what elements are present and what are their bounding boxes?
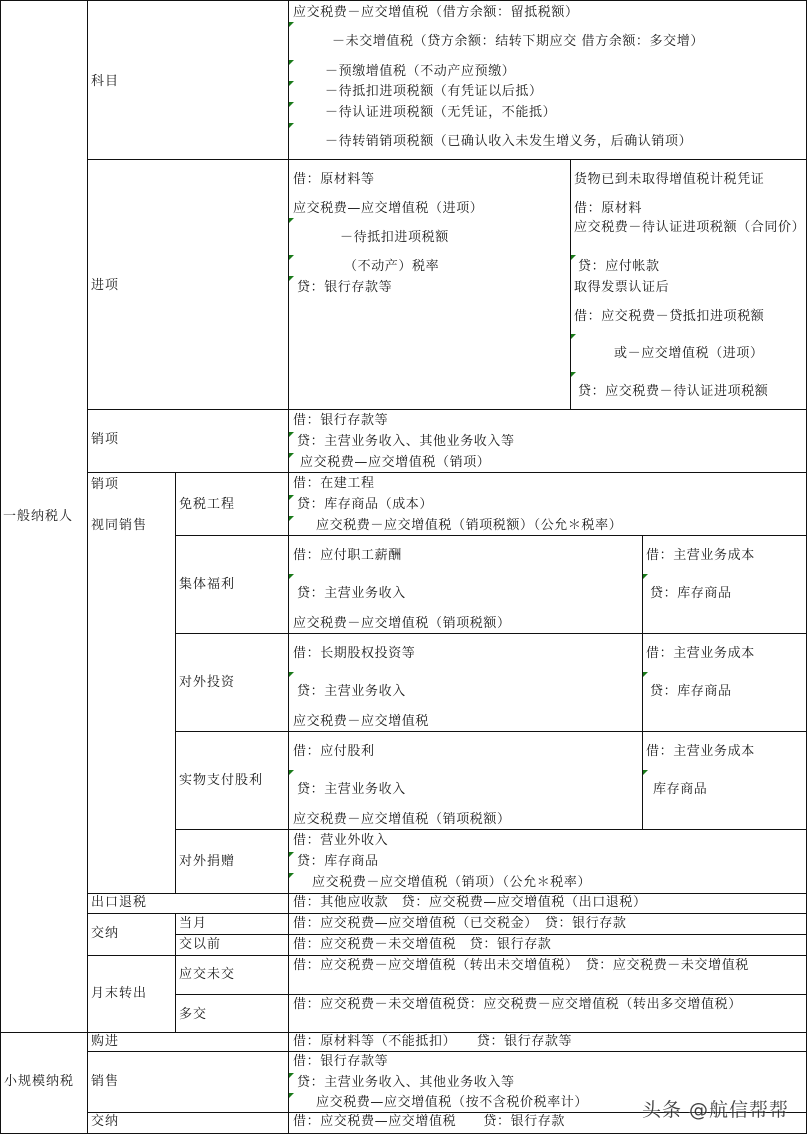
deemed-sales-item-left: 借：长期股权投资等 贷：主营业务收入 应交税费－应交增值税 xyxy=(288,633,643,732)
vat-accounting-table: 一般纳税人 科目 应交税费－应交增值税（借方余额：留抵税额） －未交增值税（贷方… xyxy=(0,0,807,1134)
comment-marker-icon xyxy=(289,255,294,260)
subject-line: －未交增值税（贷方余额：结转下期应交 借方余额：多交增） xyxy=(332,34,704,50)
entry-line: 贷：库存商品 xyxy=(297,854,379,870)
input-tax-line: （不动产）税率 xyxy=(344,259,439,275)
general-taxpayer-label: 一般纳税人 xyxy=(3,509,73,525)
entry-line: 贷：库存商品 xyxy=(650,586,732,602)
output-tax-line: 借：银行存款等 xyxy=(293,413,388,429)
comment-marker-icon xyxy=(289,672,294,677)
export-refund-header: 出口退税 xyxy=(87,893,289,914)
entry-line: 贷：主营业务收入 xyxy=(297,782,406,798)
entry-line: 借：应交税费—应交增值税（已交税金） 贷：银行存款 xyxy=(293,916,627,932)
deemed-sales-item-left: 借：应付股利 贷：主营业务收入 应交税费－应交增值税（销项税额） xyxy=(288,731,643,830)
purchase-content: 借：原材料等（不能抵扣） 贷：银行存款等 xyxy=(288,1032,807,1052)
output-tax-line: 贷：主营业务收入、其他业务收入等 xyxy=(297,434,515,450)
payment-header: 交纳 xyxy=(87,913,176,956)
comment-marker-icon xyxy=(289,1073,294,1078)
comment-marker-icon xyxy=(289,218,294,223)
entry-line: 借：其他应收款 贷：应交税费—应交增值税（出口退税） xyxy=(293,895,647,911)
input-tax-line: 货物已到未取得增值税计税凭证 xyxy=(574,172,764,188)
deemed-sales-item-label: 对外投资 xyxy=(175,633,289,732)
subject-line: －待抵扣进项税额（有凭证以后抵） xyxy=(325,84,543,100)
input-tax-line: 取得发票认证后 xyxy=(574,280,669,296)
month-end-sub-content: 借：应交税费－应交增值税（转出未交增值税） 贷：应交税费－未交增值税 xyxy=(288,955,807,995)
input-tax-line: 贷：银行存款等 xyxy=(297,280,392,296)
input-tax-line: 应交税费－待认证进项税额（合同价） xyxy=(574,220,804,236)
entry-line: 借：应交税费－未交增值税 贷：银行存款 xyxy=(293,937,551,953)
input-tax-line: 借：应交税费－贷抵扣进项税额 xyxy=(574,309,764,325)
deemed-sales-item-right: 借：主营业务成本 库存商品 xyxy=(642,731,807,830)
entry-line: 借：主营业务成本 xyxy=(646,646,755,662)
payment-sub-label: 交以前 xyxy=(175,934,289,956)
deemed-sales-item-label: 集体福利 xyxy=(175,535,289,634)
watermark: 头条 @航信帮帮 xyxy=(642,1095,789,1122)
sales-header: 销售 xyxy=(87,1051,289,1113)
export-refund-label: 出口退税 xyxy=(91,895,147,911)
deemed-sales-label-top: 销项 xyxy=(91,477,119,493)
entry-line: 贷：库存商品 xyxy=(650,684,732,700)
entry-line: 借：长期股权投资等 xyxy=(293,646,415,662)
entry-line: 应交税费—应交增值税（按不含税价税率计） xyxy=(316,1095,588,1111)
deemed-sales-item-label: 对外捐赠 xyxy=(175,829,289,894)
deemed-sales-item-label: 免税工程 xyxy=(175,472,289,536)
month-end-sub-label: 应交未交 xyxy=(175,955,289,995)
small-payment-header: 交纳 xyxy=(87,1112,289,1134)
entry-line: 借：主营业务成本 xyxy=(646,548,755,564)
payment-sub-label: 当月 xyxy=(175,913,289,935)
comment-marker-icon xyxy=(289,852,294,857)
entry-line: 贷：主营业务收入 xyxy=(297,684,406,700)
comment-marker-icon xyxy=(289,873,294,878)
comment-marker-icon xyxy=(289,453,294,458)
month-end-sub-label: 多交 xyxy=(175,994,289,1033)
entry-line: 借：银行存款等 xyxy=(293,1054,388,1070)
entry-line: 应交税费－应交增值税（销项税额） xyxy=(293,616,511,632)
entry-line: 应交税费－应交增值税（销项税额） xyxy=(293,812,511,828)
entry-line: 借：主营业务成本 xyxy=(646,744,755,760)
comment-marker-icon xyxy=(571,372,576,377)
small-payment-label: 交纳 xyxy=(91,1114,119,1130)
entry-line: 贷：库存商品（成本） xyxy=(297,497,433,513)
month-end-sub-content: 借：应交税费－未交增值税贷：应交税费－应交增值税（转出多交增值税） xyxy=(288,994,807,1033)
input-tax-line: 贷：应交税费－待认证进项税额 xyxy=(578,384,768,400)
comment-marker-icon xyxy=(289,432,294,437)
comment-marker-icon xyxy=(571,334,576,339)
entry-line: 借：在建工程 xyxy=(293,476,375,492)
entry-line: 借：营业外收入 xyxy=(293,833,388,849)
comment-marker-icon xyxy=(643,672,648,677)
entry-line: 贷：主营业务收入 xyxy=(297,586,406,602)
comment-marker-icon xyxy=(571,255,576,260)
month-end-transfer-header: 月末转出 xyxy=(87,955,176,1033)
subject-line: －待认证进项税额（无凭证，不能抵） xyxy=(325,105,556,121)
input-tax-left: 借：原材料等 应交税费—应交增值税（进项） －待抵扣进项税额 （不动产）税率 贷… xyxy=(288,159,571,410)
export-refund-content: 借：其他应收款 贷：应交税费—应交增值税（出口退税） xyxy=(288,893,807,914)
comment-marker-icon xyxy=(289,60,294,65)
small-scale-header: 小规模纳税 xyxy=(0,1032,88,1134)
entry-line: 库存商品 xyxy=(653,782,707,798)
comment-marker-icon xyxy=(289,22,294,27)
comment-marker-icon xyxy=(289,81,294,86)
deemed-sales-header: 销项 视同销售 xyxy=(87,472,176,894)
subject-line: －待转销销项税额（已确认收入未发生增义务，后确认销项） xyxy=(325,134,692,150)
deemed-sales-item-right: 借：主营业务成本 贷：库存商品 xyxy=(642,633,807,732)
subject-label: 科目 xyxy=(91,74,119,90)
comment-marker-icon xyxy=(643,574,648,579)
input-tax-line: 借：原材料等 xyxy=(293,172,375,188)
output-tax-content: 借：银行存款等 贷：主营业务收入、其他业务收入等 应交税费—应交增值税（销项） xyxy=(288,409,807,473)
subject-content: 应交税费－应交增值税（借方余额：留抵税额） －未交增值税（贷方余额：结转下期应交… xyxy=(288,0,807,160)
comment-marker-icon xyxy=(289,1093,294,1098)
comment-marker-icon xyxy=(289,102,294,107)
entry-line: 借：应付职工薪酬 xyxy=(293,548,402,564)
purchase-label: 购进 xyxy=(91,1034,119,1050)
entry-line: 借：应交税费－未交增值税贷：应交税费－应交增值税（转出多交增值税） xyxy=(293,997,803,1013)
entry-line: 借：应交税费—应交增值税 贷：银行存款 xyxy=(293,1114,565,1130)
entry-line: 借：应交税费－应交增值税（转出未交增值税） 贷：应交税费－未交增值税 xyxy=(293,958,803,974)
input-tax-line: 或－应交增值税（进项） xyxy=(614,346,764,362)
entry-line: 应交税费－应交增值税（销项税额）（公允＊税率） xyxy=(316,518,622,534)
subject-header: 科目 xyxy=(87,0,289,160)
comment-marker-icon xyxy=(289,276,294,281)
deemed-sales-item-left: 借：应付职工薪酬 贷：主营业务收入 应交税费－应交增值税（销项税额） xyxy=(288,535,643,634)
small-scale-label: 小规模纳税 xyxy=(4,1074,74,1090)
comment-marker-icon xyxy=(289,574,294,579)
deemed-sales-label-bottom: 视同销售 xyxy=(91,518,147,534)
deemed-sales-item-right: 借：主营业务成本 贷：库存商品 xyxy=(642,535,807,634)
entry-line: 贷：主营业务收入、其他业务收入等 xyxy=(297,1075,515,1091)
entry-line: 应交税费－应交增值税（销项）（公允＊税率） xyxy=(312,875,591,891)
input-tax-right: 货物已到未取得增值税计税凭证 借：原材料 应交税费－待认证进项税额（合同价） 贷… xyxy=(570,159,807,410)
subject-line: －预缴增值税（不动产应预缴） xyxy=(325,64,515,80)
deemed-sales-item-label: 实物支付股利 xyxy=(175,731,289,830)
comment-marker-icon xyxy=(289,123,294,128)
payment-sub-content: 借：应交税费－未交增值税 贷：银行存款 xyxy=(288,934,807,956)
output-tax-label: 销项 xyxy=(91,432,119,448)
payment-sub-content: 借：应交税费—应交增值税（已交税金） 贷：银行存款 xyxy=(288,913,807,935)
general-taxpayer-header: 一般纳税人 xyxy=(0,0,88,1033)
input-tax-line: 应交税费—应交增值税（进项） xyxy=(293,201,483,217)
month-end-transfer-label: 月末转出 xyxy=(91,986,147,1002)
deemed-sales-item-content: 借：营业外收入 贷：库存商品 应交税费－应交增值税（销项）（公允＊税率） xyxy=(288,829,807,894)
comment-marker-icon xyxy=(289,770,294,775)
entry-line: 应交税费－应交增值税 xyxy=(293,714,429,730)
input-tax-header: 进项 xyxy=(87,159,289,410)
comment-marker-icon xyxy=(289,495,294,500)
comment-marker-icon xyxy=(643,770,648,775)
entry-line: 借：原材料等（不能抵扣） 贷：银行存款等 xyxy=(293,1034,572,1050)
input-tax-label: 进项 xyxy=(91,278,119,294)
entry-line: 借：应付股利 xyxy=(293,744,375,760)
input-tax-line: 借：原材料 xyxy=(574,201,642,217)
output-tax-header: 销项 xyxy=(87,409,289,473)
input-tax-line: 贷：应付帐款 xyxy=(578,259,660,275)
input-tax-line: －待抵扣进项税额 xyxy=(340,230,449,246)
comment-marker-icon xyxy=(289,516,294,521)
output-tax-line: 应交税费—应交增值税（销项） xyxy=(300,455,490,471)
deemed-sales-item-content: 借：在建工程 贷：库存商品（成本） 应交税费－应交增值税（销项税额）（公允＊税率… xyxy=(288,472,807,536)
purchase-header: 购进 xyxy=(87,1032,289,1052)
payment-label: 交纳 xyxy=(91,926,119,942)
sales-label: 销售 xyxy=(91,1074,119,1090)
subject-line: 应交税费－应交增值税（借方余额：留抵税额） xyxy=(293,5,579,21)
